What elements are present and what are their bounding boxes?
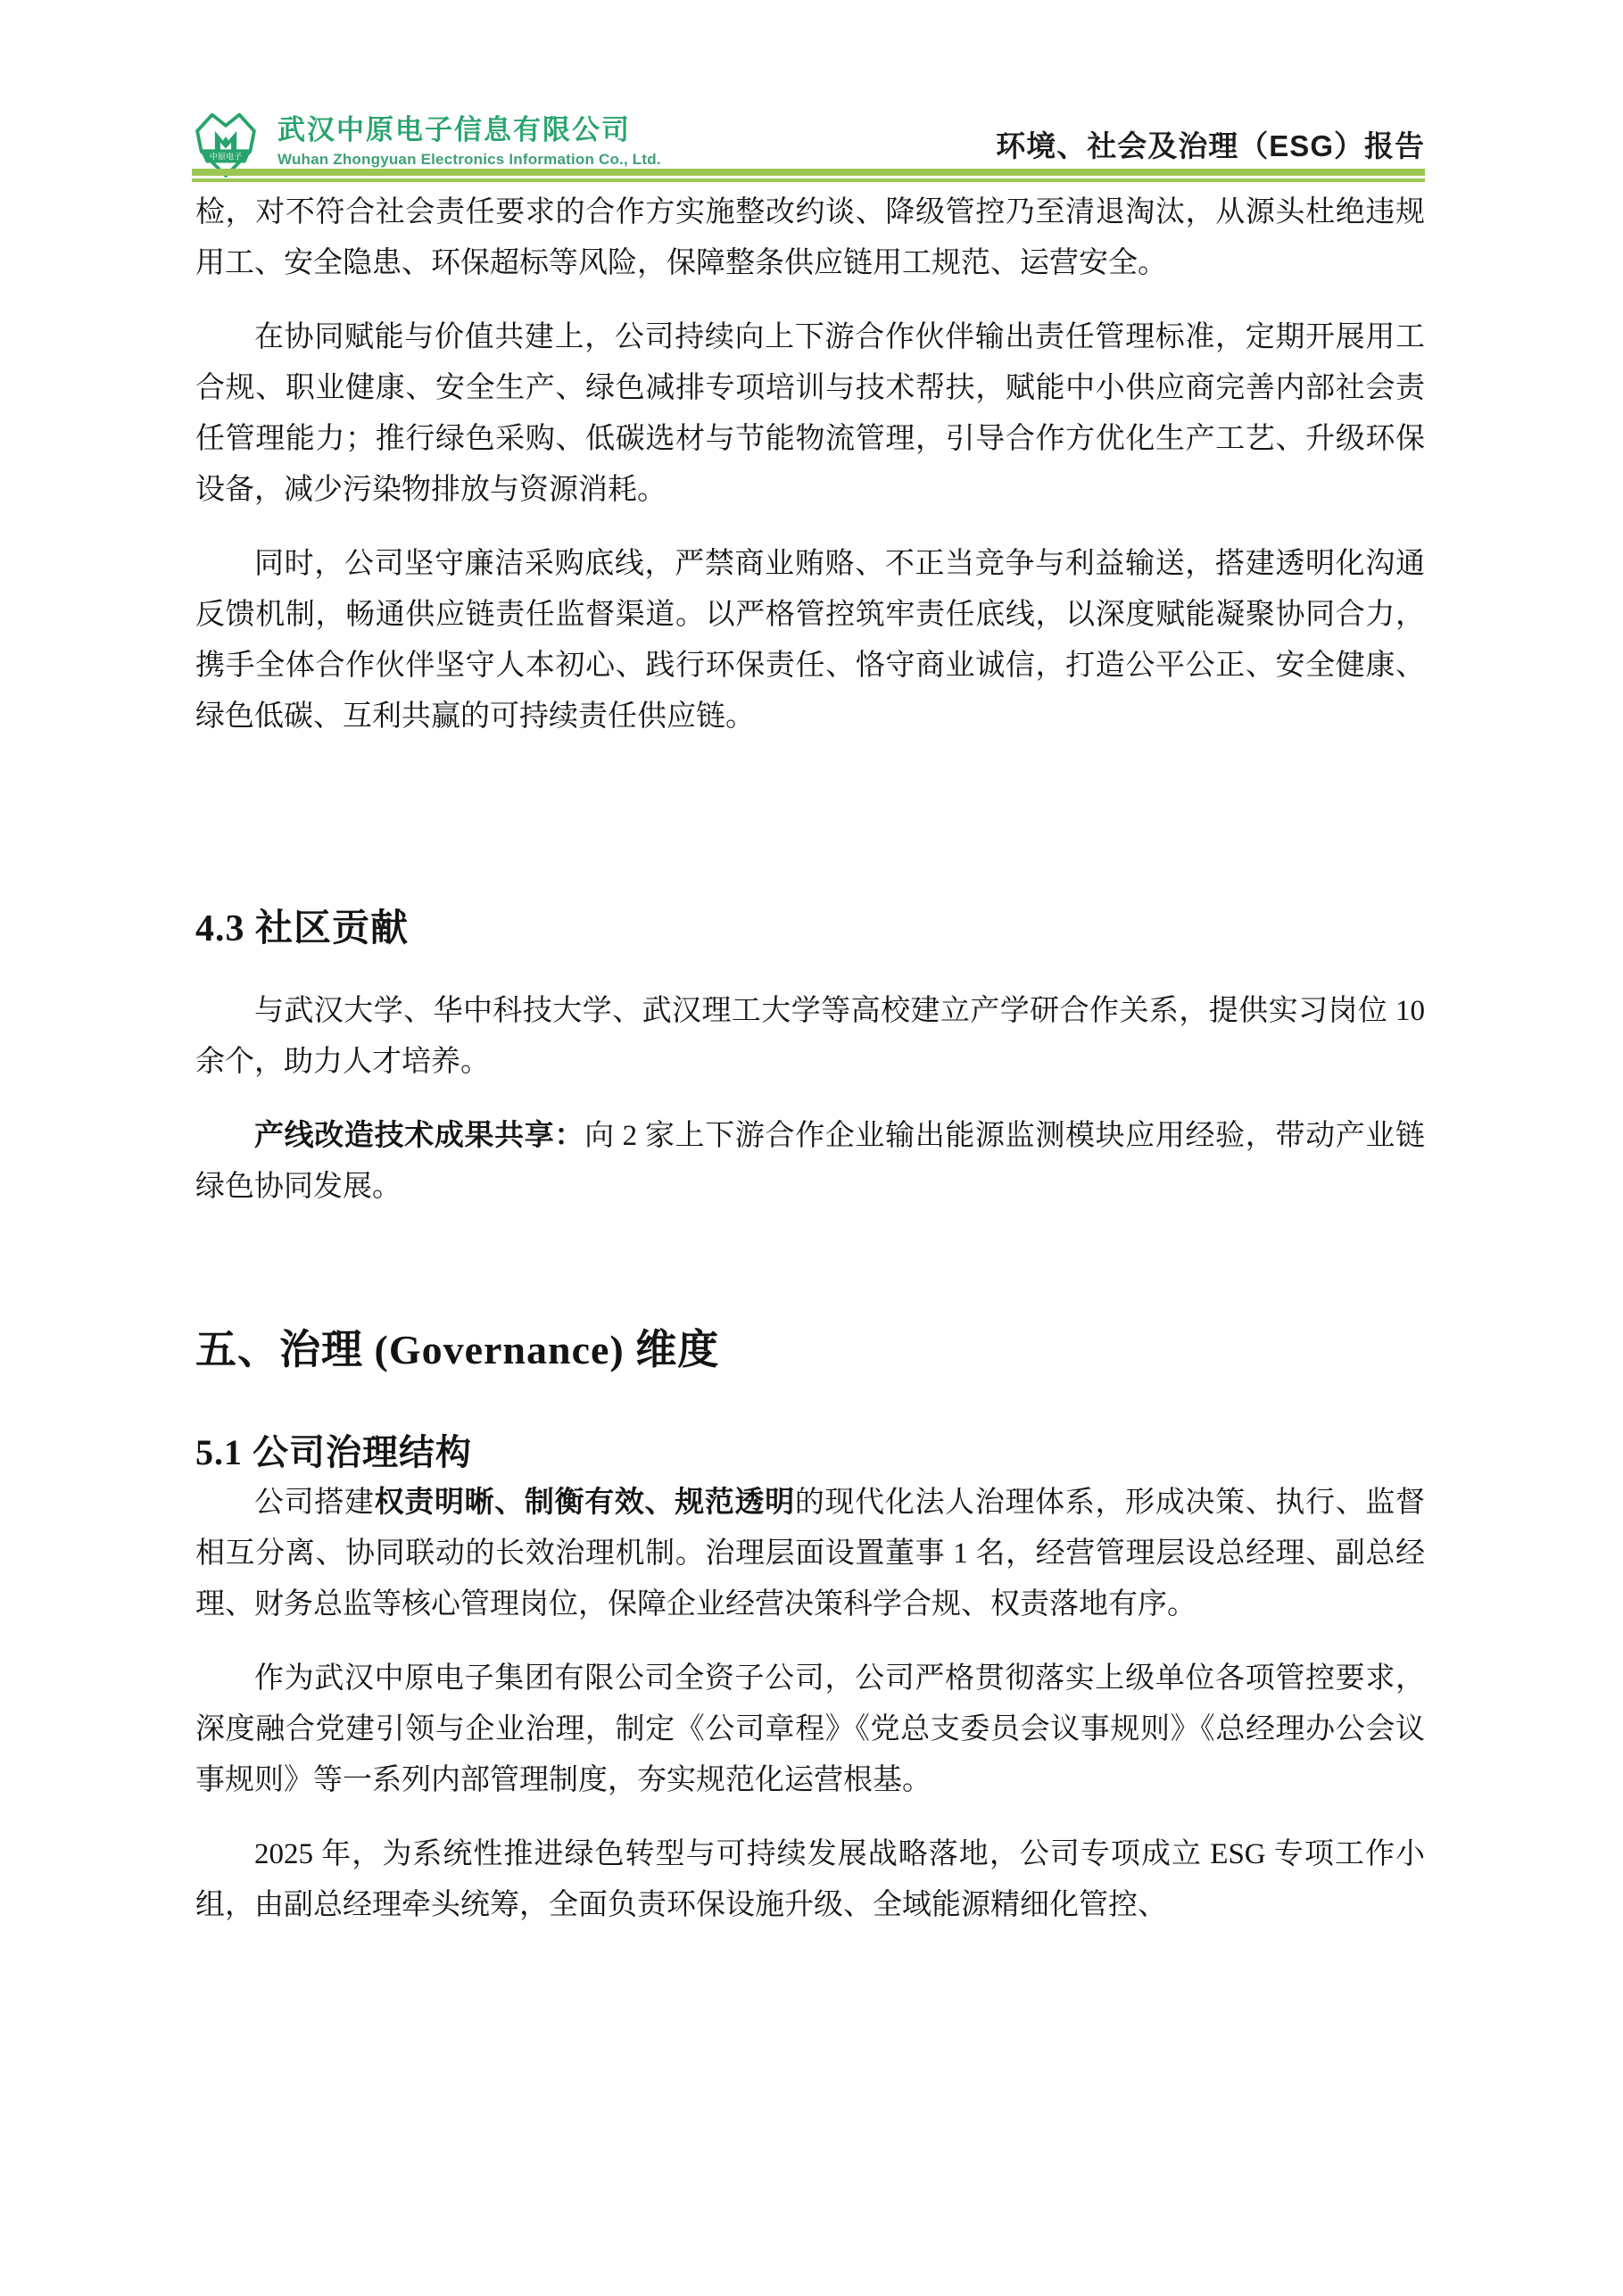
heading-community-contribution: 4.3 社区贡献	[195, 902, 1425, 956]
paragraph-subsidiary-compliance: 作为武汉中原电子集团有限公司全资子公司，公司严格贯彻落实上级单位各项管控要求，深…	[195, 1654, 1425, 1806]
report-title: 环境、社会及治理（ESG）报告	[996, 123, 1425, 165]
company-name-en: Wuhan Zhongyuan Electronics Information …	[277, 151, 661, 169]
company-name-zh: 武汉中原电子信息有限公司	[277, 114, 661, 146]
paragraph-esg-working-group: 2025 年，为系统性推进绿色转型与可持续发展战略落地，公司专项成立 ESG 专…	[195, 1829, 1425, 1931]
logo-badge-label: 中原电子	[210, 152, 242, 162]
paragraph-supply-chain-control: 检，对不符合社会责任要求的合作方实施整改约谈、降级管控乃至清退淘汰，从源头杜绝违…	[195, 187, 1425, 289]
document-body: 检，对不符合社会责任要求的合作方实施整改约谈、降级管控乃至清退淘汰，从源头杜绝违…	[195, 187, 1425, 1954]
paragraph-collaboration-empowerment: 在协同赋能与价值共建上，公司持续向上下游合作伙伴输出责任管理标准，定期开展用工合…	[195, 312, 1425, 516]
paragraph-governance-system: 公司搭建权责明晰、制衡有效、规范透明的现代化法人治理体系，形成决策、执行、监督相…	[195, 1478, 1425, 1630]
heading-governance-structure: 5.1 公司治理结构	[195, 1428, 1425, 1478]
paragraph-procurement-integrity: 同时，公司坚守廉洁采购底线，严禁商业贿赂、不正当竞争与利益输送，搭建透明化沟通反…	[195, 539, 1425, 742]
esg-report-page: 中原电子 武汉中原电子信息有限公司 Wuhan Zhongyuan Electr…	[0, 0, 1623, 2296]
header-divider-thin-line	[192, 178, 1425, 182]
paragraph-university-cooperation: 与武汉大学、华中科技大学、武汉理工大学等高校建立产学研合作关系，提供实习岗位 1…	[195, 986, 1425, 1088]
line-upgrade-lead-bold: 产线改造技术成果共享：	[254, 1120, 584, 1152]
header-divider-thick-line	[192, 169, 1425, 176]
header-divider	[192, 169, 1425, 182]
heading-governance-dimension: 五、治理 (Governance) 维度	[195, 1322, 1425, 1379]
governance-system-pre: 公司搭建	[254, 1487, 375, 1519]
governance-system-bold: 权责明晰、制衡有效、规范透明	[375, 1487, 795, 1519]
paragraph-line-upgrade-sharing: 产线改造技术成果共享：向 2 家上下游合作企业输出能源监测模块应用经验，带动产业…	[195, 1111, 1425, 1213]
company-names: 武汉中原电子信息有限公司 Wuhan Zhongyuan Electronics…	[277, 111, 661, 169]
